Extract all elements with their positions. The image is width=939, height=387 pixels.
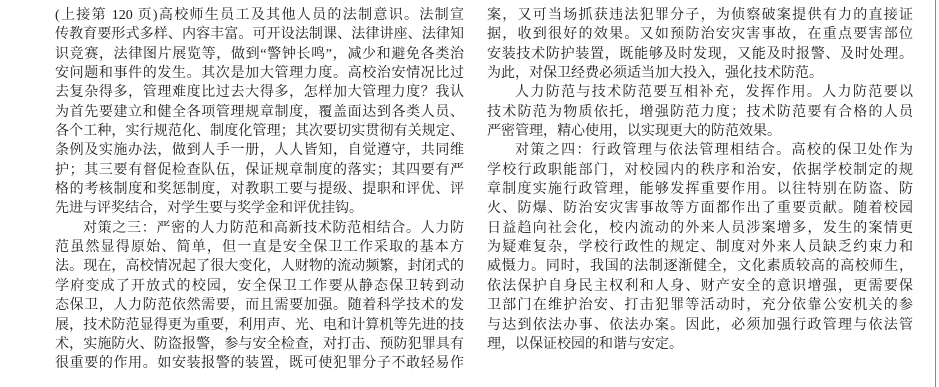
- text-line: 章制度实施行政管理，能够发挥重要作用。以往特别在防盗、防: [487, 180, 913, 199]
- text-line: 案，又可当场抓获违法犯罪分子，为侦察破案提供有力的直接证: [487, 6, 913, 25]
- text-line: 术，实施防火、防盗报警，参与安全检查，对打击、预防犯罪具有: [55, 335, 464, 354]
- text-line: 为此，对保卫经费必须适当加大投入，强化技术防范。: [487, 64, 913, 83]
- text-line: 据，收到很好的效果。又如预防治安灾害事故，在重点要害部位: [487, 25, 913, 44]
- text-line: 与达到依法办事、依法办案。因此，必须加强行政管理与依法管: [487, 316, 913, 335]
- text-line: 条例及实施办法，做到人手一册，人人皆知，自觉遵守，共同维: [55, 141, 464, 160]
- text-line: 各个工种，实行规范化、制度化管理；其次要切实贯彻有关规定、: [55, 122, 464, 141]
- text-line: 安装技术防护装置，既能够及时发现，又能及时报警、及时处理。: [487, 45, 913, 64]
- text-line: 技术防范为物质依托，增强防范力度；技术防范要有合格的人员: [487, 103, 913, 122]
- text-line: 理，以保证校园的和谐与安定。: [487, 335, 913, 354]
- text-line: 对策之三：严密的人力防范和高新技术防范相结合。人力防: [55, 219, 464, 238]
- text-line: 很重要的作用。如安装报警的装置，既可使犯罪分子不敢轻易作: [55, 354, 464, 373]
- text-line: 法。现在，高校情况起了很大变化，人财物的流动频繁，封闭式的: [55, 257, 464, 276]
- text-line: 卫部门在维护治安、打击犯罪等活动时，充分依靠公安机关的参: [487, 296, 913, 315]
- text-line: 传教育要形式多样、内容丰富。可开设法制课、法律讲座、法律知: [55, 25, 464, 44]
- text-line: 护；其三要有督促检查队伍，保证规章制度的落实；其四要有严: [55, 161, 464, 180]
- text-line: 态保卫，人力防范依然需要，而且需要加强。随着科学技术的发: [55, 296, 464, 315]
- text-line: 为疑难复杂，学校行政性的规定、制度对外来人员缺乏约束力和: [487, 238, 913, 257]
- text-line: 学校行政职能部门，对校园内的秩序和治安，依据学校制定的规: [487, 161, 913, 180]
- text-line: 威慑力。同时，我国的法制逐渐健全，文化素质较高的高校师生，: [487, 257, 913, 276]
- text-line: 严密管理，精心使用，以实现更大的防范效果。: [487, 122, 913, 141]
- page-edge-rule: [935, 0, 936, 387]
- text-line: 安问题和事件的发生。其次是加大管理力度。高校治安情况比过: [55, 64, 464, 83]
- text-line: 范虽然显得原始、简单，但一直是安全保卫工作采取的基本方: [55, 238, 464, 257]
- text-line: 人力防范与技术防范要互相补充，发挥作用。人力防范要以: [487, 83, 913, 102]
- scanned-document-page: (上接第 120 页)高校师生员工及其他人员的法制意识。法制宣传教育要形式多样、…: [0, 0, 939, 387]
- text-column-right: 案，又可当场抓获违法犯罪分子，为侦察破案提供有力的直接证据，收到很好的效果。又如…: [487, 6, 913, 354]
- text-line: 展，技术防范显得更为重要，利用声、光、电和计算机等先进的技: [55, 316, 464, 335]
- text-line: 格的考核制度和奖惩制度，对教职工要与提级、提职和评优、评: [55, 180, 464, 199]
- text-line: 对策之四：行政管理与依法管理相结合。高校的保卫处作为: [487, 141, 913, 160]
- text-line: 火、防爆、防治安灾害事故等方面都作出了重要贡献。随着校园: [487, 199, 913, 218]
- text-line: 识竞赛，法律图片展览等，做到“警钟长鸣”，减少和避免各类治: [55, 45, 464, 64]
- text-line: (上接第 120 页)高校师生员工及其他人员的法制意识。法制宣: [55, 6, 464, 25]
- text-line: 依法保护自身民主权利和人身、财产安全的意识增强，更需要保: [487, 277, 913, 296]
- text-line: 日益趋向社会化，校内流动的外来人员涉案增多，发生的案情更: [487, 219, 913, 238]
- text-line: 先进与评奖结合，对学生要与奖学金和评优挂钩。: [55, 199, 464, 218]
- text-line: 去复杂得多，管理难度比过去大得多，怎样加大管理力度？我认: [55, 83, 464, 102]
- text-line: 为首先要建立和健全各项管理规章制度，覆盖面达到各类人员、: [55, 103, 464, 122]
- text-column-left: (上接第 120 页)高校师生员工及其他人员的法制意识。法制宣传教育要形式多样、…: [55, 6, 464, 374]
- text-line: 学府变成了开放式的校园，安全保卫工作要从静态保卫转到动: [55, 277, 464, 296]
